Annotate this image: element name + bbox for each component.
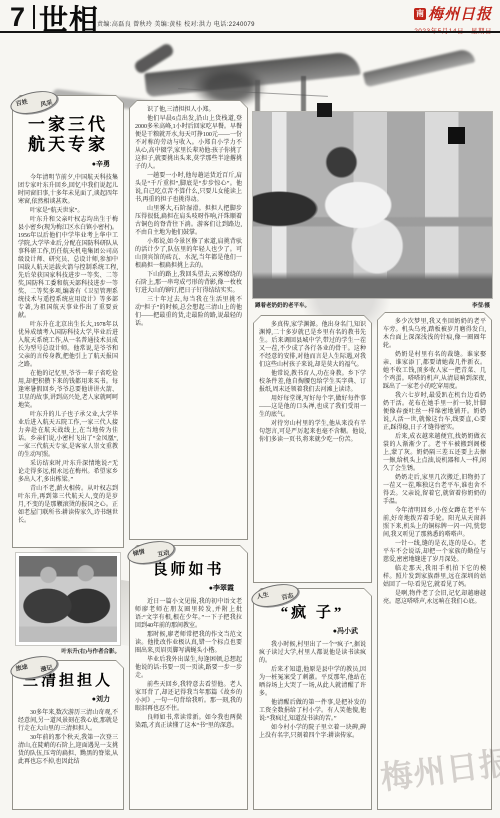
paragraph: 今年清明节前夕,中国航天科技集团专家叶东升回乡,回忆中我们说起儿时同窗旧事,十多… — [18, 174, 118, 206]
ribbon-word: 旅途 — [15, 661, 29, 672]
masthead-name: 梅州日报 — [428, 7, 492, 23]
paragraph: 奶奶是村里有名的裁缝。谁家娶亲、谁家添丁,都要请她裁几件新衣。她不收工钱,顶多收… — [383, 351, 486, 391]
paragraph: 他清醒后做的第一件事,是把补发的工资全数捐给了村小学。有人笑他傻,他说:“我疯过… — [259, 699, 366, 723]
paragraph: 下山的路上,我回头望去,云雾缭绕的石阶上,那一串弯成弓形的背影,像一枚枚钉进大山… — [135, 271, 242, 295]
paragraph: 奶奶走后,家里几次搬迁,旧物扔了一茬又一茬,唯独这台老平车,谁也舍不得丢。父亲说… — [383, 474, 486, 506]
ribbon-word: 百姓 — [15, 96, 29, 107]
article-body: 我小时候,村里出了一个“疯子”,据说疯子读过大学,村里人都说他是读书读疯的。后来… — [259, 641, 366, 740]
paragraph: 30年前的那个秋天,我第一次登三清山,在陡峭的石阶上,迎面遇见一支挑货的队伍,压… — [18, 734, 118, 766]
paragraph: 毕业后我外出谋生,每逢困顿,总想起他说的话:书要一页一页读,路要一步一步走。 — [135, 656, 242, 680]
article-title-line2: 航天专家 — [18, 135, 118, 155]
article-body: 今年清明节前夕,中国航天科技集团专家叶东升回乡,回忆中我们说起儿时同窗旧事,十多… — [18, 174, 118, 525]
paragraph: 采访结束时,叶东升深情地说:“无论走得多远,根永远在梅州。希望家乡多出人才,多出… — [18, 460, 118, 484]
paragraph: 后来,成衣越来越便宜,找奶奶做衣裳的人渐渐少了。老平车被搬到阁楼上,蒙了灰。奶奶… — [383, 433, 486, 473]
article-body: 30多年来,数次游历三清山奇观,不经意间,另一道风景刻在我心底,那就是行走在大山… — [18, 709, 118, 766]
ribbon-word: 漫记 — [40, 662, 54, 673]
paragraph: 如今村小学的院子里立着一块碑,碑上没有名字,只刻着四个字:耕读传家。 — [259, 724, 366, 740]
paragraph: 青山不老,薪火相传。从叶权志到叶东升,再到第三代航天人,变的是岁月,不变的是那颗… — [18, 485, 118, 525]
paragraph: 我六七岁时,最爱趴在机台边看奶奶干活。花布在她手里一折一转,针脚便像春蚕吐丝一样… — [383, 392, 486, 432]
paragraph: 那时候,廖老师常把我的作文当范文读。他批改作业极认真,错一个标点也要圈出来,页眉… — [135, 631, 242, 655]
photo-caption: 蹲着老奶奶的老平车。 — [255, 301, 310, 309]
ribbon-word: 人生 — [256, 589, 270, 600]
article-body: 多真传,家学渊源。他出身名门,知识渊博,二十多岁就已是乡里有名的教书先生。后来调… — [259, 321, 366, 444]
paragraph: 多少次梦里,我又坐回奶奶的老平车旁。机头乌亮,踏板被岁月磨得发白,木台面上深深浅… — [383, 318, 486, 350]
paragraph: 前些天回乡,我特意去看望他。老人家耳背了,却还记得我当年那篇《故乡的小河》,一句… — [135, 681, 242, 713]
paragraph: 30多年来,数次游历三清山奇观,不经意间,另一道风景刻在我心底,那就是行走在大山… — [18, 709, 118, 733]
essay-box-col4: 多少次梦里,我又坐回奶奶的老平车旁。机头乌亮,踏板被岁月磨得发白,木台面上深深浅… — [377, 312, 492, 810]
seal-square-icon — [448, 127, 465, 144]
paragraph: 对待穷山村里的学生,他从来没有半句怨言,可是严厉起来也毫不含糊。他说,你们多读一… — [259, 420, 366, 444]
paragraph: 近日一篇小文见报,我的初中语文老师廖老师在朋友圈里转发,并附上批语:“文字有根,… — [135, 598, 242, 630]
article-author: ●李翠霞 — [135, 583, 234, 593]
masthead-seal-icon: 南 — [414, 8, 426, 20]
paragraph: 叶家是“航天世家”。 — [18, 207, 118, 215]
continuation-box-col3: 多真传,家学渊源。他出身名门,知识渊博,二十多岁就已是乡里有名的教书先生。后来调… — [253, 315, 372, 583]
paragraph: 识了他,三清担担人小郑。 — [135, 106, 242, 114]
article-box-good-teacher: 良师如书 ●李翠霞 近日一篇小文见报,我的初中语文老师廖老师在朋友圈里转发,并附… — [129, 545, 248, 810]
article-author: ●冯小武 — [259, 626, 358, 636]
article-body: 识了他,三清担担人小郑。他们早晨6点出发,沿山上货栈道,登2000多米高峰,1小… — [135, 106, 242, 328]
article-title-line1: 一家三代 — [18, 115, 118, 135]
paragraph: 山里雾大,石阶湿滑。担担人把脚步压得很低,扁担在肩头吱呀作响,汗珠顺着古铜色的脊… — [135, 205, 242, 237]
page-header: 7 世相 责编:高磊良 曾秋玲 美编:黄桂 校对:洪力 电话:2240079 南… — [0, 0, 500, 31]
paragraph: 叶东升在北京出生长大,1978年以优异成绩考入国防科技大学,毕业后进入航天系统工… — [18, 321, 118, 369]
paragraph: 我小时候,村里出了一个“疯子”,据说疯子读过大学,村里人都说他是读书读疯的。 — [259, 641, 366, 665]
paragraph: 他们早晨6点出发,沿山上货栈道,登2000多米高峰,1小时后回家吃早餐。早餐便是… — [135, 115, 242, 171]
paragraph: 临走那天,我用手机拍下它的模样。照片发到家族群里,远在深圳的姑姑回了一句:看见它… — [383, 565, 486, 589]
article-title: 良师如书 — [135, 561, 242, 579]
article-title: “疯 子” — [259, 604, 366, 622]
photo-image — [19, 556, 117, 642]
article-body: 多少次梦里,我又坐回奶奶的老平车旁。机头乌亮,踏板被岁月磨得发白,木台面上深深浅… — [383, 318, 486, 606]
roof-stroke-right — [363, 48, 476, 88]
paragraph: 良师如书,常读常新。如今我也两鬓染霜,才真正读懂了这本“书”里的深意。 — [135, 714, 242, 730]
ribbon-word: 风采 — [40, 97, 54, 108]
section-title: 世相 — [39, 0, 99, 39]
paragraph: 一趟要一小时,他每趟运货近百斤,肩头是“千斤重担”,脚底是“步步惊心”。他说,自… — [135, 172, 242, 204]
paragraph: 叶东升和父亲叶权志均出生于梅县小密乡(现为梅江区水白镇小密村)。1956年以后他… — [18, 216, 118, 320]
editor-credits: 责编:高磊良 曾秋玲 美编:黄桂 校对:洪力 电话:2240079 — [97, 19, 255, 28]
paragraph: 一针一线,缝的是衣,连的是心。老平车不会说话,却把一个家族的勤俭与慈爱,密密地缝… — [383, 540, 486, 564]
article-author: ●刘力 — [18, 694, 110, 704]
paragraph: 今年清明回乡,小侄女蹲在老平车前,好奇地拨弄着手轮。阳光从天窗斜照下来,机头上的… — [383, 507, 486, 539]
article-box-aerospace-family: 一家三代 航天专家 ●辛勇 今年清明节前夕,中国航天科技集团专家叶东升回乡,回忆… — [12, 95, 124, 548]
header-divider — [33, 5, 35, 29]
paragraph: 叶东升的儿子也子承父业,大学毕业后进入航天五院工作,一家三代人接力奔赴在航天战线… — [18, 411, 118, 459]
newspaper-page: 7 世相 责编:高磊良 曾秋玲 美编:黄桂 校对:洪力 电话:2240079 南… — [0, 0, 500, 818]
ribbon-word: 倾情 — [132, 546, 146, 557]
photo-caption-row: 蹲着老奶奶的老平车。 李莹/摄 — [253, 301, 492, 310]
article-box-sanqing-porters: 三清担担人 ●刘力 30多年来,数次游历三清山奇观,不经意间,另一道风景刻在我心… — [12, 660, 124, 810]
paragraph: 三十年过去,每当我在生活里挑不动“担子”的时候,总会想起三清山上的他们——把最重… — [135, 296, 242, 328]
photo-two-elders — [16, 553, 120, 645]
paragraph: 后来才知道,他原是县中学的教员,因为一桩冤案受了刺激。平反那年,他站在晒谷场上大… — [259, 666, 366, 698]
seal-square-icon — [317, 103, 332, 117]
paragraph: 在他的记忆里,爷爷一辈子省吃俭用,却把积攒下来的钱都用来买书。每逢寒暑假回乡,爷… — [18, 370, 118, 410]
header-rule — [0, 31, 500, 33]
photo-caption: 叶东升(右)与作者合影。 — [16, 647, 120, 655]
paragraph: 用好每堂课,写好每个字,做好每件事——这是他的口头禅,也成了我们受用一生的底气。 — [259, 395, 366, 419]
article-author: ●辛勇 — [18, 159, 110, 169]
paragraph: 他常说,教书育人,功在身教。乡下学校条件差,他自掏腰包给学生买字典、订报纸,周末… — [259, 370, 366, 394]
paragraph: 小郑说,如今景区修了索道,肩挑背驮的活计少了,队伍里的年轻人也少了。可山顶宾馆的… — [135, 238, 242, 270]
paragraph: 是啊,物件老了会旧,记忆却越磨越亮。愿这嗒嗒声,永远响在我们心底。 — [383, 590, 486, 606]
photographer-credit: 李莹/摄 — [472, 301, 490, 309]
article-box-madman: “疯 子” ●冯小武 我小时候,村里出了一个“疯子”,据说疯子读过大学,村里人都… — [253, 588, 372, 810]
continuation-box-col2: 识了他,三清担担人小郑。他们早晨6点出发,沿山上货栈道,登2000多米高峰,1小… — [129, 100, 248, 540]
ribbon-word: 互动 — [157, 547, 171, 558]
article-body: 近日一篇小文见报,我的初中语文老师廖老师在朋友圈里转发,并附上批语:“文字有根,… — [135, 598, 242, 730]
page-number: 7 — [10, 2, 25, 33]
paragraph: 多真传,家学渊源。他出身名门,知识渊博,二十多岁就已是乡里有名的教书先生。后来调… — [259, 321, 366, 369]
ribbon-word: 百态 — [281, 590, 295, 601]
